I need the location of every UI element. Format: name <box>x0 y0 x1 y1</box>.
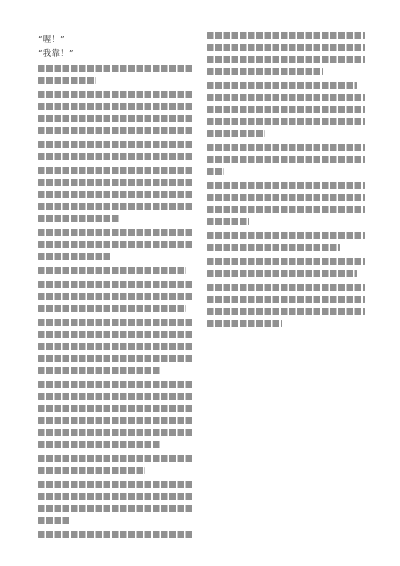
paragraph <box>38 278 194 314</box>
omitted-text-line <box>38 179 194 186</box>
omitted-text-line <box>38 417 194 424</box>
text-line <box>207 215 365 227</box>
text-line <box>38 438 194 450</box>
text-line <box>207 141 365 153</box>
text-line <box>38 378 194 390</box>
text-line <box>207 305 365 317</box>
omitted-text-line <box>38 203 194 210</box>
omitted-text-line <box>38 215 120 222</box>
paragraph <box>38 528 194 540</box>
paragraph <box>207 281 365 329</box>
omitted-text-line <box>38 531 194 538</box>
paragraph: “喔！” <box>38 34 194 46</box>
paragraph <box>207 141 365 177</box>
text-line <box>207 91 365 103</box>
right-text-column <box>207 29 365 331</box>
dialogue-text: “喔！” <box>38 34 194 46</box>
text-line <box>38 264 194 276</box>
text-line <box>207 53 365 65</box>
omitted-text-line <box>38 167 194 174</box>
paragraph <box>38 88 194 136</box>
paragraph <box>38 264 194 276</box>
paragraph: “我靠！” <box>38 48 194 60</box>
omitted-text-line <box>38 381 194 388</box>
omitted-text-line <box>38 191 194 198</box>
omitted-text-line <box>207 94 365 101</box>
text-line <box>38 212 194 224</box>
paragraph <box>38 138 194 162</box>
text-line <box>38 176 194 188</box>
omitted-text-line <box>38 393 194 400</box>
omitted-text-line <box>38 293 194 300</box>
text-line <box>38 100 194 112</box>
text-line <box>38 390 194 402</box>
omitted-text-line <box>207 270 357 277</box>
omitted-text-line <box>38 115 194 122</box>
omitted-text-line <box>38 355 194 362</box>
paragraph <box>38 62 194 86</box>
text-line <box>207 281 365 293</box>
text-line <box>38 138 194 150</box>
omitted-text-line <box>38 505 194 512</box>
dialogue-text: “我靠！” <box>38 48 194 60</box>
omitted-text-line <box>38 517 71 524</box>
omitted-text-line <box>38 267 186 274</box>
text-line <box>38 250 194 262</box>
document-page: “喔！”“我靠！” <box>0 0 400 566</box>
omitted-text-line <box>38 65 194 72</box>
text-line <box>38 328 194 340</box>
text-line <box>38 200 194 212</box>
omitted-text-line <box>38 467 145 474</box>
text-line <box>207 179 365 191</box>
paragraph <box>207 255 365 279</box>
omitted-text-line <box>207 68 323 75</box>
omitted-text-line <box>207 206 365 213</box>
omitted-text-line <box>207 284 365 291</box>
omitted-text-line <box>38 441 161 448</box>
omitted-text-line <box>207 130 265 137</box>
text-line <box>38 188 194 200</box>
paragraph <box>207 29 365 77</box>
omitted-text-line <box>38 493 194 500</box>
left-text-column: “喔！”“我靠！” <box>38 34 194 542</box>
omitted-text-line <box>38 343 194 350</box>
text-line <box>207 165 365 177</box>
paragraph <box>207 179 365 227</box>
text-line: “我靠！” <box>38 48 194 60</box>
omitted-text-line <box>207 258 365 265</box>
text-line <box>207 41 365 53</box>
text-line <box>38 452 194 464</box>
omitted-text-line <box>207 106 365 113</box>
omitted-text-line <box>207 82 357 89</box>
omitted-text-line <box>38 103 194 110</box>
text-line <box>207 267 365 279</box>
text-line <box>38 278 194 290</box>
text-line <box>38 164 194 176</box>
text-line <box>207 103 365 115</box>
text-line <box>38 62 194 74</box>
text-line <box>207 317 365 329</box>
text-line <box>207 79 365 91</box>
text-line <box>38 402 194 414</box>
omitted-text-line <box>38 319 194 326</box>
text-line <box>38 514 194 526</box>
omitted-text-line <box>207 244 340 251</box>
omitted-text-line <box>38 141 194 148</box>
omitted-text-line <box>207 296 365 303</box>
text-line <box>207 293 365 305</box>
text-line <box>207 65 365 77</box>
text-line <box>38 88 194 100</box>
omitted-text-line <box>38 127 194 134</box>
text-line <box>207 255 365 267</box>
omitted-text-line <box>38 481 194 488</box>
text-line <box>38 426 194 438</box>
omitted-text-line <box>38 77 96 84</box>
paragraph <box>38 316 194 376</box>
omitted-text-line <box>38 305 186 312</box>
omitted-text-line <box>207 182 365 189</box>
text-line <box>207 191 365 203</box>
text-line <box>38 528 194 540</box>
text-line <box>38 112 194 124</box>
text-line <box>38 364 194 376</box>
text-line <box>207 115 365 127</box>
text-line <box>38 302 194 314</box>
text-line <box>38 290 194 302</box>
text-line <box>38 352 194 364</box>
omitted-text-line <box>207 194 365 201</box>
text-line <box>38 226 194 238</box>
omitted-text-line <box>207 56 365 63</box>
text-line <box>38 74 194 86</box>
omitted-text-line <box>38 455 194 462</box>
paragraph <box>38 226 194 262</box>
text-line <box>38 124 194 136</box>
omitted-text-line <box>207 32 365 39</box>
text-line <box>207 153 365 165</box>
omitted-text-line <box>207 168 224 175</box>
text-line <box>38 478 194 490</box>
text-line <box>38 238 194 250</box>
omitted-text-line <box>207 232 365 239</box>
omitted-text-line <box>207 156 365 163</box>
text-line <box>207 29 365 41</box>
paragraph <box>207 229 365 253</box>
omitted-text-line <box>207 308 365 315</box>
paragraph <box>207 79 365 139</box>
omitted-text-line <box>38 229 194 236</box>
text-line <box>38 490 194 502</box>
paragraph <box>38 478 194 526</box>
omitted-text-line <box>38 331 194 338</box>
text-line <box>38 464 194 476</box>
text-line <box>207 203 365 215</box>
text-line <box>207 127 365 139</box>
text-line <box>38 414 194 426</box>
paragraph <box>38 452 194 476</box>
omitted-text-line <box>38 281 194 288</box>
omitted-text-line <box>207 118 365 125</box>
omitted-text-line <box>38 429 194 436</box>
paragraph <box>38 164 194 224</box>
text-line <box>38 150 194 162</box>
text-line <box>207 229 365 241</box>
text-line <box>207 241 365 253</box>
paragraph <box>38 378 194 450</box>
omitted-text-line <box>38 253 112 260</box>
omitted-text-line <box>207 320 282 327</box>
omitted-text-line <box>207 144 365 151</box>
omitted-text-line <box>38 367 161 374</box>
text-line <box>38 340 194 352</box>
text-line <box>38 316 194 328</box>
omitted-text-line <box>38 91 194 98</box>
omitted-text-line <box>38 153 194 160</box>
text-line <box>38 502 194 514</box>
omitted-text-line <box>38 405 194 412</box>
omitted-text-line <box>207 218 249 225</box>
omitted-text-line <box>38 241 194 248</box>
text-line: “喔！” <box>38 34 194 46</box>
omitted-text-line <box>207 44 365 51</box>
